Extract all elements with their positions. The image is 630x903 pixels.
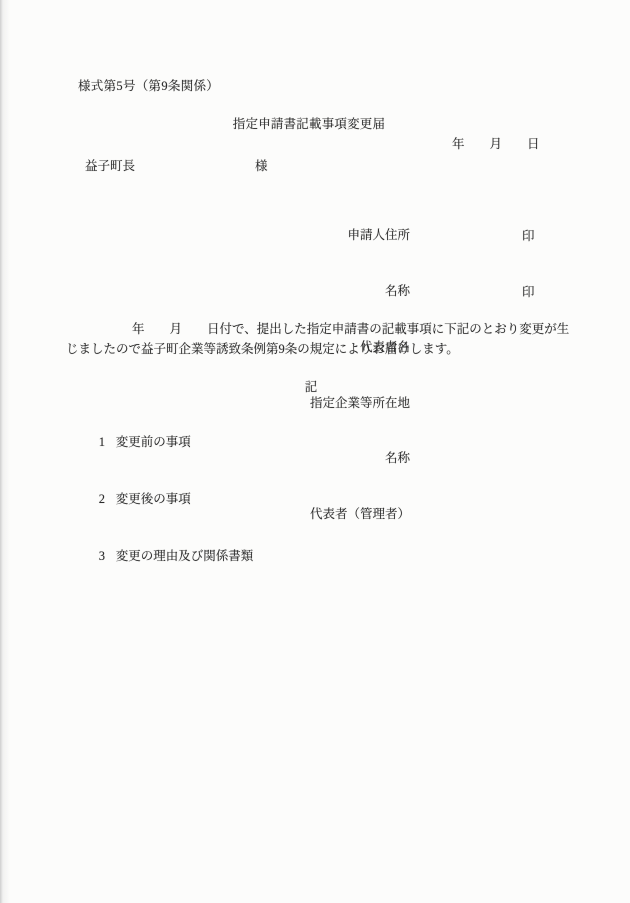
scanned-form-page: 様式第5号（第9条関係） 指定申請書記載事項変更届 年 月 日 益子町長 様 申… [0,0,630,903]
list-item-number: 2 [99,490,116,509]
list-item: 3変更の理由及び関係書類 [80,528,253,585]
body-text-line-1: 年 月 日付で、提出した指定申請書の記載事項に下記のとおり変更が生 [66,319,571,339]
field-label-company-name: 名称 [310,449,410,468]
list-item-text: 変更前の事項 [116,435,191,449]
document-title: 指定申請書記載事項変更届 [0,114,618,132]
field-label-representative-manager: 代表者（管理者） [310,505,410,524]
list-item: 2変更後の事項 [80,471,253,528]
scan-edge-shadow [0,0,10,903]
field-label-applicant-address: 申請人住所 [310,226,410,245]
form-number: 様式第5号（第9条関係） [78,76,219,94]
list-item-number: 3 [99,547,116,566]
record-heading: 記 [0,377,622,395]
seal-mark: 印 [522,226,535,244]
list-item-number: 1 [99,433,116,452]
seal-mark: 印 [522,282,535,300]
list-item: 1変更前の事項 [80,414,253,471]
date-blank-line: 年 月 日 [452,134,540,152]
addressee-name: 益子町長 [85,156,135,174]
list-item-text: 変更の理由及び関係書類 [116,549,254,563]
list-item-text: 変更後の事項 [116,492,191,506]
item-list: 1変更前の事項 2変更後の事項 3変更の理由及び関係書類 [80,414,253,585]
field-label-applicant-name: 名称 [310,282,410,301]
addressee-row: 益子町長 様 [0,156,630,174]
applicant-fields-block: 申請人住所 名称 代表者名 指定企業等所在地 名称 代表者（管理者） [310,189,410,561]
addressee-honorific: 様 [255,156,268,174]
body-text-line-2: じましたので益子町企業等誘致条例第9条の規定によりお届けします。 [66,339,571,359]
body-paragraph: 年 月 日付で、提出した指定申請書の記載事項に下記のとおり変更が生 じましたので… [66,319,571,359]
field-label-company-location: 指定企業等所在地 [310,394,410,413]
